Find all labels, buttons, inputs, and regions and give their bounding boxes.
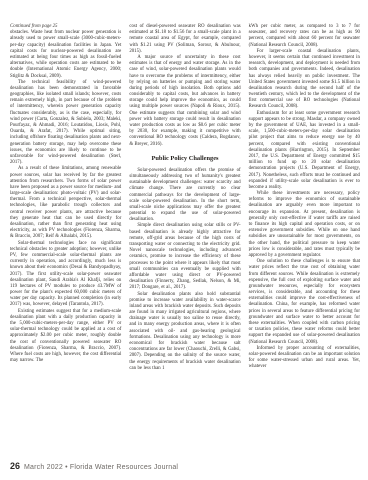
paragraph: One solution to these challenges is to e… <box>249 259 360 346</box>
paragraph: kWh per cubic meter, as compared to 3 to… <box>249 24 360 49</box>
paragraph: cost of diesel-powered seawater RO desal… <box>129 24 240 55</box>
article-columns: Continued from page 25 obstacles. Waste … <box>10 24 360 372</box>
section-heading-public-policy-challenges: Public Policy Challenges <box>129 155 240 162</box>
paragraph: Simple direct desalination using solar s… <box>129 223 240 291</box>
paragraph: Informed by proper accounting of externa… <box>249 346 360 371</box>
page-footer: 26 March 2022 • Florida Water Resources … <box>10 461 178 471</box>
paragraph: For larger-scale coastal desalination pl… <box>249 49 360 111</box>
paragraph: Enthusiasm for at least some government … <box>249 111 360 191</box>
paragraph: While these investments are necessary, p… <box>249 191 360 259</box>
column-1: Continued from page 25 obstacles. Waste … <box>10 24 121 372</box>
paragraph: Solar-thermal technologies face no signi… <box>10 241 121 309</box>
paragraph: Solar desalination plants also hold subs… <box>129 292 240 372</box>
paragraph: As a result of these limitations, among … <box>10 166 121 240</box>
paragraph: obstacles. Waste heat from nuclear power… <box>10 30 121 80</box>
paragraph: Existing estimates suggest that for a me… <box>10 309 121 365</box>
column-3: kWh per cubic meter, as compared to 3 to… <box>249 24 360 372</box>
column-2: cost of diesel-powered seawater RO desal… <box>129 24 240 372</box>
journal-footer-text: March 2022 • Florida Water Resources Jou… <box>24 464 178 471</box>
paragraph: Solar-powered desalination offers the pr… <box>129 168 240 224</box>
magazine-page: Continued from page 25 obstacles. Waste … <box>0 0 368 480</box>
paragraph: The technical feasibility of wind-powere… <box>10 80 121 167</box>
paragraph: A major source of uncertainty in these c… <box>129 55 240 148</box>
page-number: 26 <box>10 461 20 471</box>
